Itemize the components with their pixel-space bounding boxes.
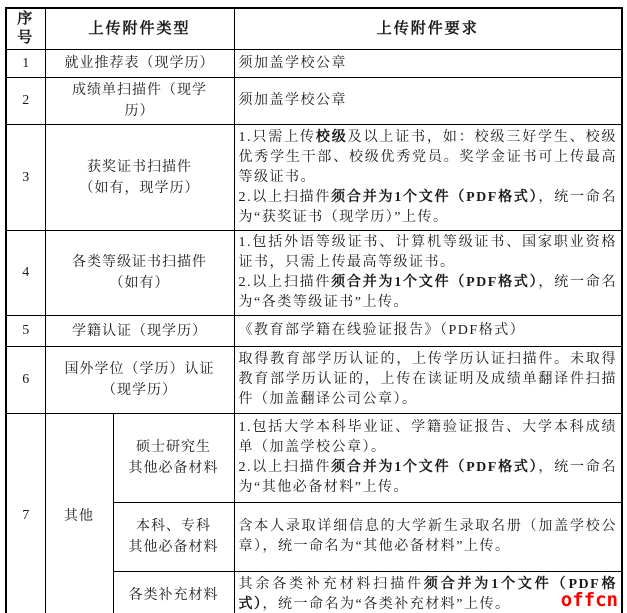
cell-attachment-subtype: 各类补充材料 <box>113 572 234 613</box>
offcn-watermark: offcn <box>561 591 618 610</box>
cell-attachment-type: 成绩单扫描件（现学 历） <box>45 78 234 125</box>
page: 序 号 上传附件类型 上传附件要求 1 就业推荐表（现学历） 须加盖学校公章 2… <box>0 0 627 613</box>
cell-attachment-type: 获奖证书扫描件 （如有，现学历） <box>45 125 234 231</box>
attachment-requirements-table: 序 号 上传附件类型 上传附件要求 1 就业推荐表（现学历） 须加盖学校公章 2… <box>5 7 623 613</box>
cell-attachment-subtype: 本科、专科 其他必备材料 <box>113 503 234 572</box>
header-serial-number: 序 号 <box>6 8 45 50</box>
table-row: 7 其他 硕士研究生 其他必备材料 1.包括大学本科毕业证、学籍验证报告、大学本… <box>6 414 622 503</box>
table-row: 1 就业推荐表（现学历） 须加盖学校公章 <box>6 50 622 78</box>
table-row: 3 获奖证书扫描件 （如有，现学历） 1.只需上传校级及以上证书，如：校级三好学… <box>6 125 622 231</box>
cell-requirement: 取得教育部学历认证的，上传学历认证扫描件。未取得教育部学历认证的，上传在读证明及… <box>234 347 622 414</box>
table-row: 5 学籍认证（现学历） 《教育部学籍在线验证报告》（PDF格式） <box>6 316 622 347</box>
cell-row-no: 2 <box>6 78 45 125</box>
cell-row-no: 7 <box>6 414 45 613</box>
cell-requirement: 须加盖学校公章 <box>234 78 622 125</box>
table-row: 6 国外学位（学历）认证 （现学历） 取得教育部学历认证的，上传学历认证扫描件。… <box>6 347 622 414</box>
header-attachment-type: 上传附件类型 <box>45 8 234 50</box>
cell-attachment-type: 就业推荐表（现学历） <box>45 50 234 78</box>
cell-attachment-type: 各类等级证书扫描件 （如有） <box>45 231 234 316</box>
cell-row-no: 4 <box>6 231 45 316</box>
header-row: 序 号 上传附件类型 上传附件要求 <box>6 8 622 50</box>
header-attachment-requirement: 上传附件要求 <box>234 8 622 50</box>
cell-attachment-type: 国外学位（学历）认证 （现学历） <box>45 347 234 414</box>
cell-row-no: 3 <box>6 125 45 231</box>
cell-attachment-subtype: 硕士研究生 其他必备材料 <box>113 414 234 503</box>
cell-attachment-type: 学籍认证（现学历） <box>45 316 234 347</box>
cell-requirement: 须加盖学校公章 <box>234 50 622 78</box>
cell-requirement: 含本人录取详细信息的大学新生录取名册（加盖学校公章），统一命名为“其他必备材料”… <box>234 503 622 572</box>
cell-row-no: 5 <box>6 316 45 347</box>
cell-requirement: 1.只需上传校级及以上证书，如：校级三好学生、校级优秀学生干部、校级优秀党员。奖… <box>234 125 622 231</box>
table-row: 4 各类等级证书扫描件 （如有） 1.包括外语等级证书、计算机等级证书、国家职业… <box>6 231 622 316</box>
cell-requirement: 1.包括大学本科毕业证、学籍验证报告、大学本科成绩单（加盖学校公章）。2.以上扫… <box>234 414 622 503</box>
cell-group-other: 其他 <box>45 414 113 613</box>
cell-row-no: 1 <box>6 50 45 78</box>
cell-requirement: 《教育部学籍在线验证报告》（PDF格式） <box>234 316 622 347</box>
table-row: 2 成绩单扫描件（现学 历） 须加盖学校公章 <box>6 78 622 125</box>
cell-row-no: 6 <box>6 347 45 414</box>
cell-requirement: 1.包括外语等级证书、计算机等级证书、国家职业资格证书，只需上传最高等级证书。2… <box>234 231 622 316</box>
